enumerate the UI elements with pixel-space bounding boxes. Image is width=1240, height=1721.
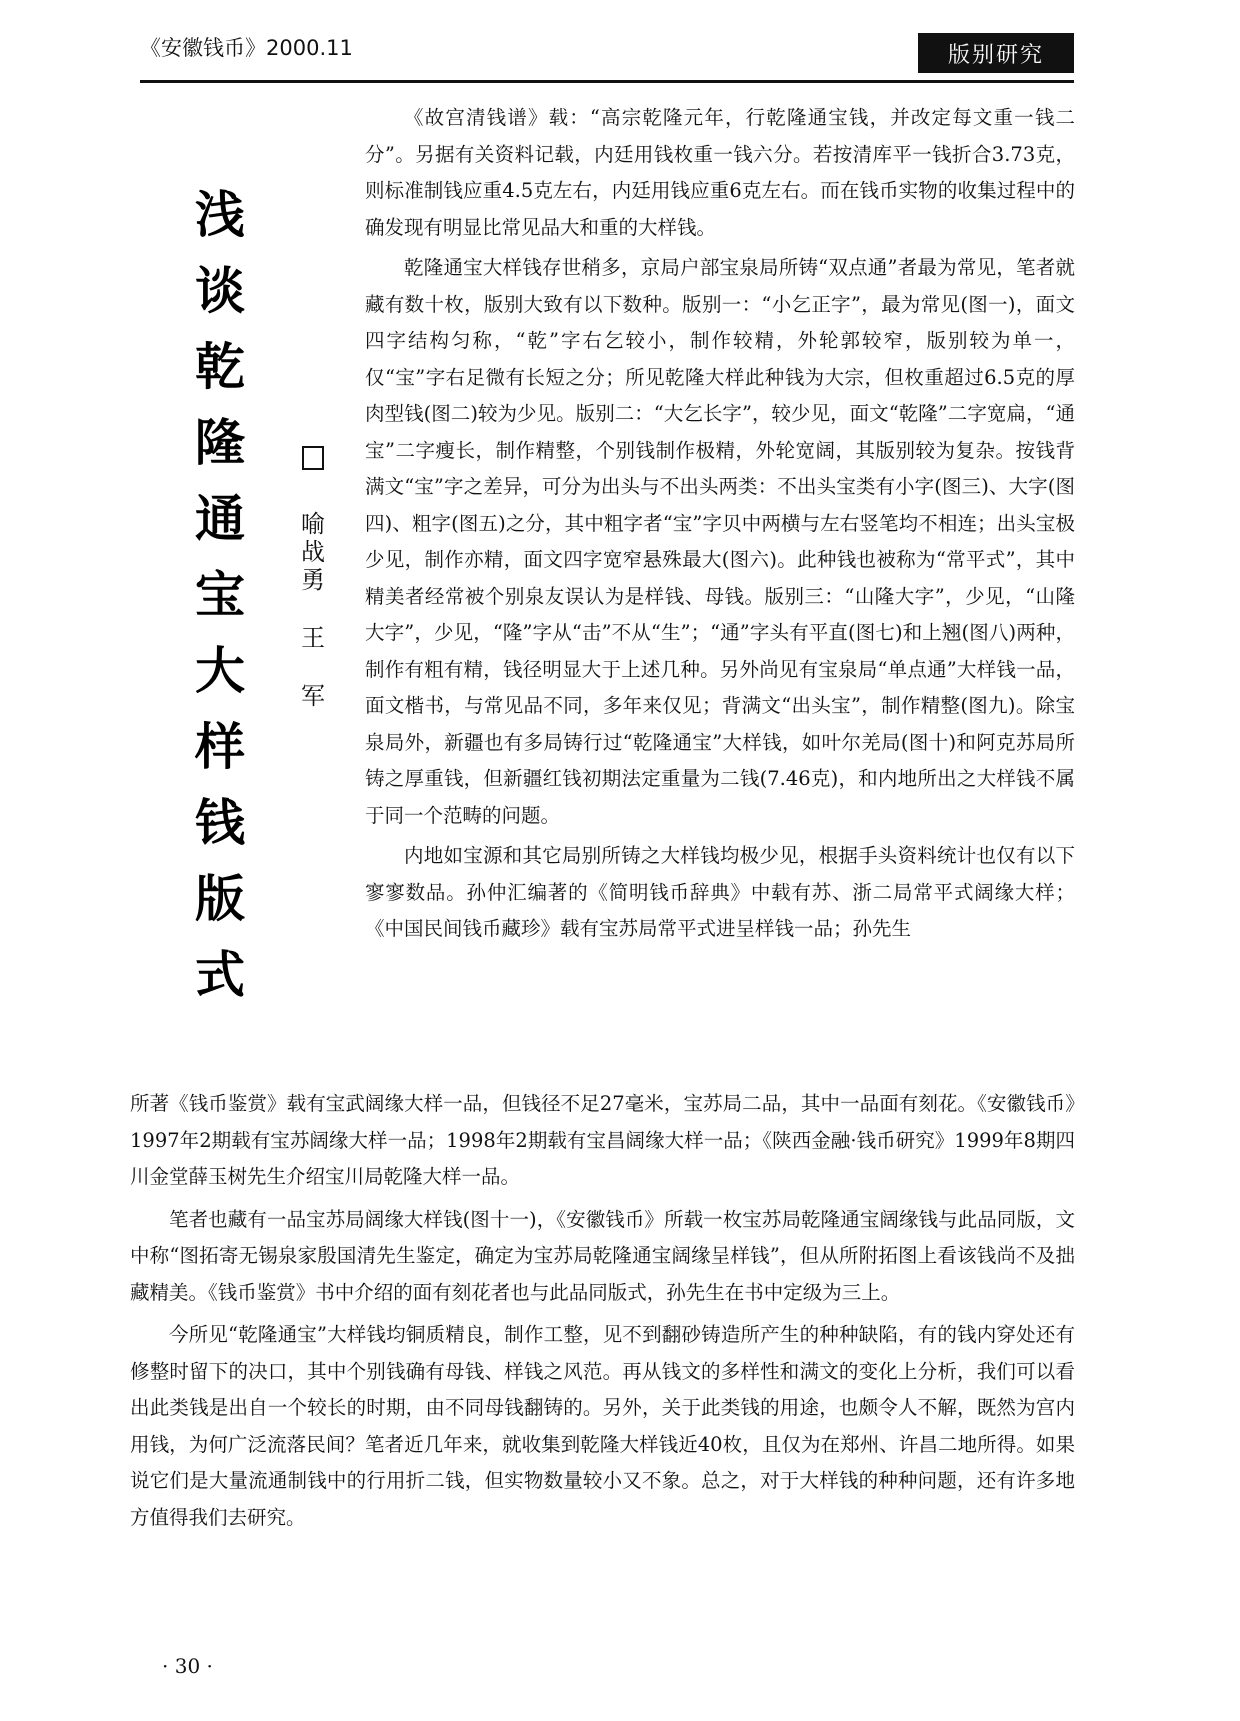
title-char: 钱: [195, 798, 245, 874]
paragraph: 内地如宝源和其它局别所铸之大样钱均极少见，根据手头资料统计也仅有以下寥寥数品。孙…: [365, 838, 1075, 948]
paragraph: 笔者也藏有一品宝苏局阔缘大样钱(图十一)，《安徽钱币》所载一枚宝苏局乾隆通宝阔缘…: [130, 1202, 1075, 1312]
title-char: 式: [195, 950, 245, 1026]
paragraph: 乾隆通宝大样钱存世稍多，京局户部宝泉局所铸“双点通”者最为常见，笔者就藏有数十枚…: [365, 250, 1075, 834]
author-marker-box-icon: [302, 446, 324, 470]
journal-issue: 《安徽钱币》2000.11: [140, 32, 353, 62]
title-char: 谈: [195, 266, 245, 342]
article-body-narrow: 《故宫清钱谱》载：“高宗乾隆元年，行乾隆通宝钱，并改定每文重一钱二分”。另据有关…: [365, 100, 1075, 948]
title-char: 隆: [195, 418, 245, 494]
author-char: 喻: [301, 510, 325, 538]
title-char: 样: [195, 722, 245, 798]
page-number: · 30 ·: [162, 1654, 213, 1678]
paragraph: 《故宫清钱谱》载：“高宗乾隆元年，行乾隆通宝钱，并改定每文重一钱二分”。另据有关…: [365, 100, 1075, 246]
author-char: 军: [301, 682, 325, 710]
paragraph: 今所见“乾隆通宝”大样钱均铜质精良，制作工整，见不到翻砂铸造所产生的种种缺陷，有…: [130, 1317, 1075, 1536]
author-char: 勇: [301, 566, 325, 594]
title-char: 通: [195, 494, 245, 570]
paragraph: 所著《钱币鉴赏》载有宝武阔缘大样一品，但钱径不足27毫米，宝苏局二品，其中一品面…: [130, 1086, 1075, 1196]
title-char: 宝: [195, 570, 245, 646]
author-char: 王: [301, 624, 325, 652]
article-body-wide: 所著《钱币鉴赏》载有宝武阔缘大样一品，但钱径不足27毫米，宝苏局二品，其中一品面…: [130, 1086, 1075, 1536]
title-char: 大: [195, 646, 245, 722]
title-char: 乾: [195, 342, 245, 418]
section-label: 版别研究: [918, 33, 1074, 73]
header-divider: [140, 80, 1074, 83]
author-byline: 喻 战 勇 王 军: [300, 510, 326, 710]
title-char: 浅: [195, 190, 245, 266]
article-title: 浅 谈 乾 隆 通 宝 大 样 钱 版 式: [190, 190, 250, 1026]
author-char: 战: [301, 538, 325, 566]
title-char: 版: [195, 874, 245, 950]
